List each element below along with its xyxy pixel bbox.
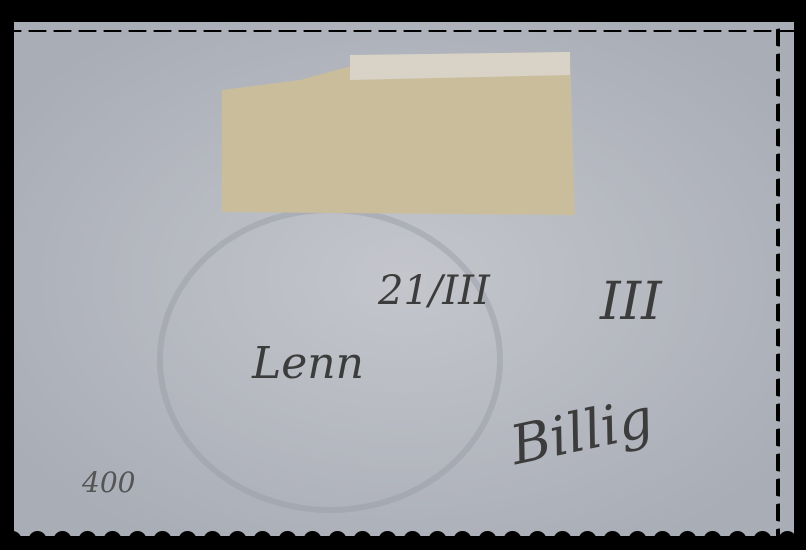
date-mark: 21/III (378, 268, 490, 314)
corner-number: 400 (82, 466, 135, 499)
roman-mark: III (600, 272, 662, 332)
signature-1: Lenn (252, 338, 364, 389)
